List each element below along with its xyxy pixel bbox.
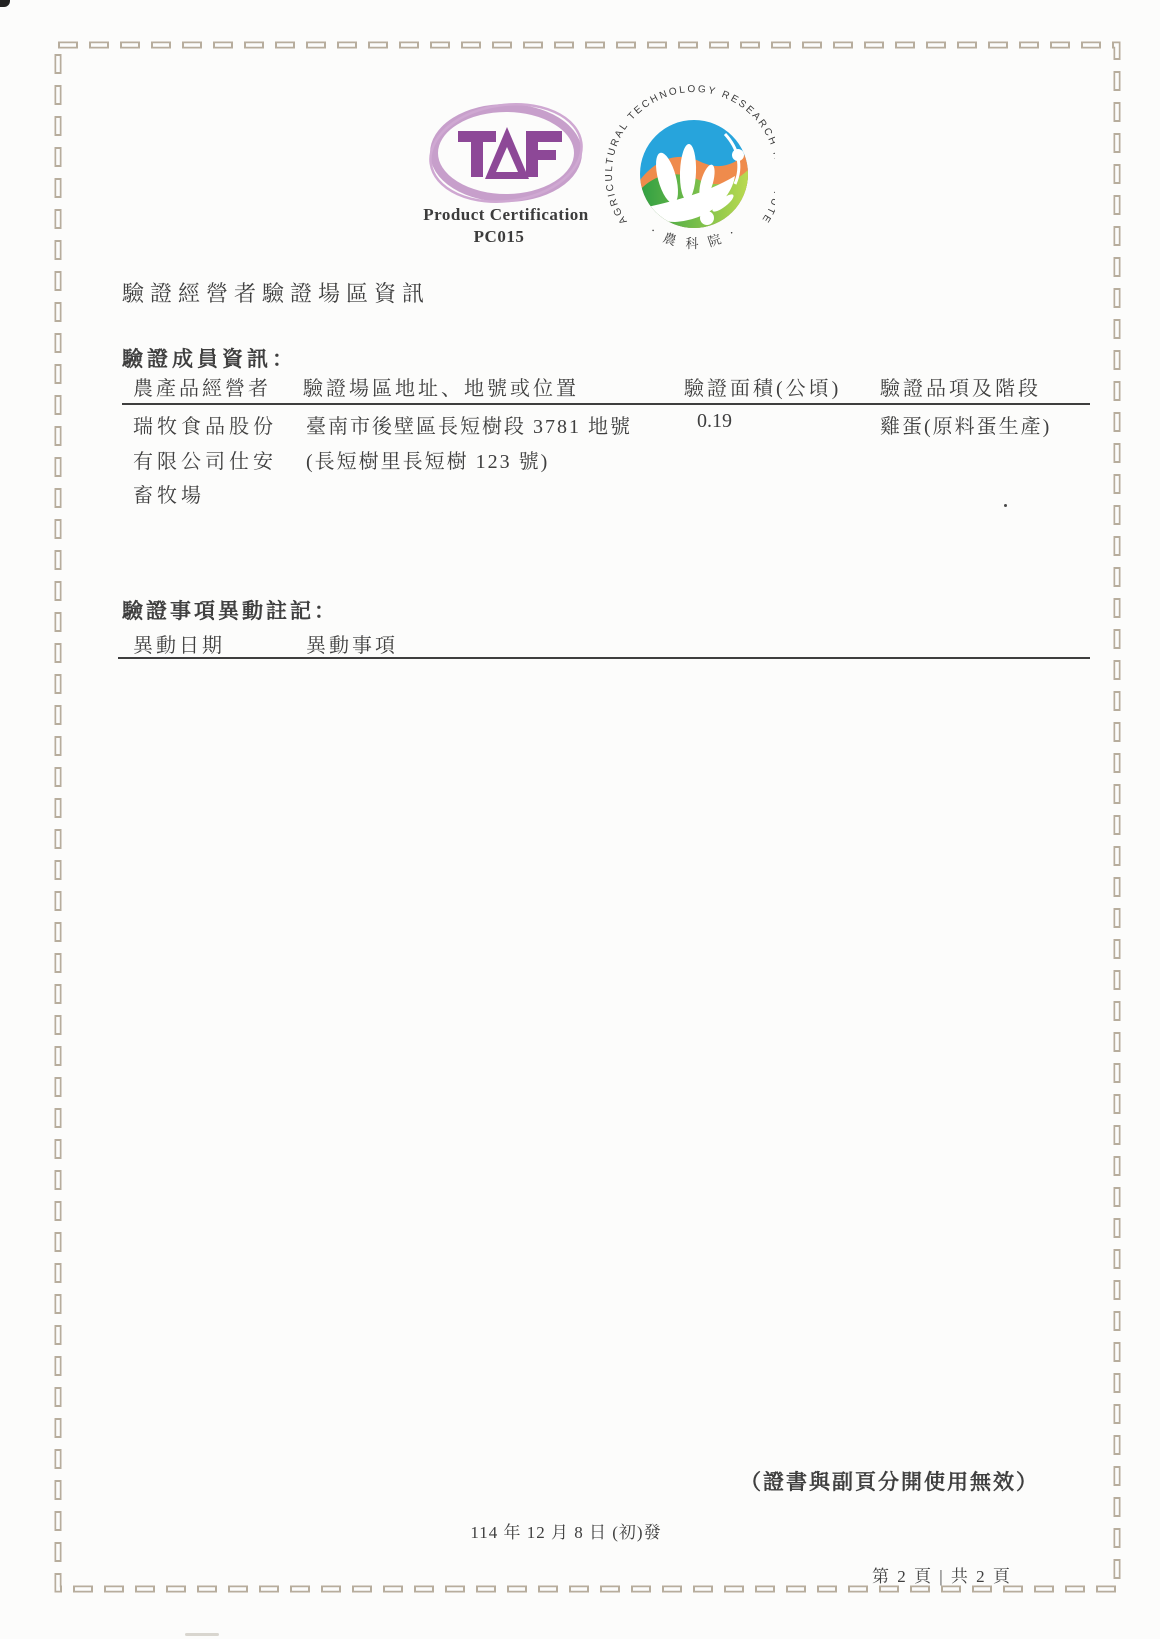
site-address-line1: 臺南市後壁區長短樹段 3781 地號	[306, 410, 632, 439]
change-item-header: 異動事項	[306, 629, 398, 658]
certified-item-value: 雞蛋(原料蛋生產)	[880, 410, 1051, 439]
page-number: 第 2 頁 | 共 2 頁	[872, 1562, 1012, 1587]
col-header-area: 驗證面積(公頃)	[684, 372, 841, 401]
atri-logo-mark: AGRICULTURAL TECHNOLOGY RESEARCH INSTITU…	[575, 82, 775, 262]
scan-speck	[1004, 504, 1007, 507]
col-header-item: 驗證品項及階段	[880, 372, 1041, 401]
operator-name-line2: 有限公司仕安	[133, 445, 277, 474]
certificate-page: TAF Product Certification PC015	[0, 0, 1160, 1639]
taf-code: PC015	[408, 227, 590, 247]
operator-name-line3: 畜牧場	[133, 479, 205, 508]
taf-logo-mark	[415, 93, 597, 213]
taf-logo: TAF	[415, 93, 597, 218]
validity-note: （證書與副頁分開使用無效）	[740, 1466, 1039, 1496]
operator-name-line1: 瑞牧食品股份	[133, 410, 277, 439]
site-address-line2: (長短樹里長短樹 123 號)	[306, 445, 549, 474]
taf-letters	[458, 127, 562, 179]
atri-logo: AGRICULTURAL TECHNOLOGY RESEARCH INSTITU…	[575, 82, 775, 267]
page-title: 驗證經營者驗證場區資訊	[122, 277, 430, 308]
changes-table-rule	[118, 657, 1090, 659]
change-date-header: 異動日期	[133, 629, 225, 658]
scan-smudge	[185, 1633, 219, 1636]
certified-area-value: 0.19	[697, 410, 732, 433]
members-heading: 驗證成員資訊：	[122, 343, 297, 373]
col-header-address: 驗證場區地址、地號或位置	[303, 372, 579, 401]
members-table-rule	[122, 403, 1090, 405]
col-header-operator: 農產品經營者	[133, 372, 271, 401]
issue-date: 114 年 12 月 8 日 (初)發	[0, 1518, 1132, 1543]
taf-subtitle: Product Certification	[415, 205, 597, 225]
changes-heading: 驗證事項異動註記：	[122, 595, 338, 625]
